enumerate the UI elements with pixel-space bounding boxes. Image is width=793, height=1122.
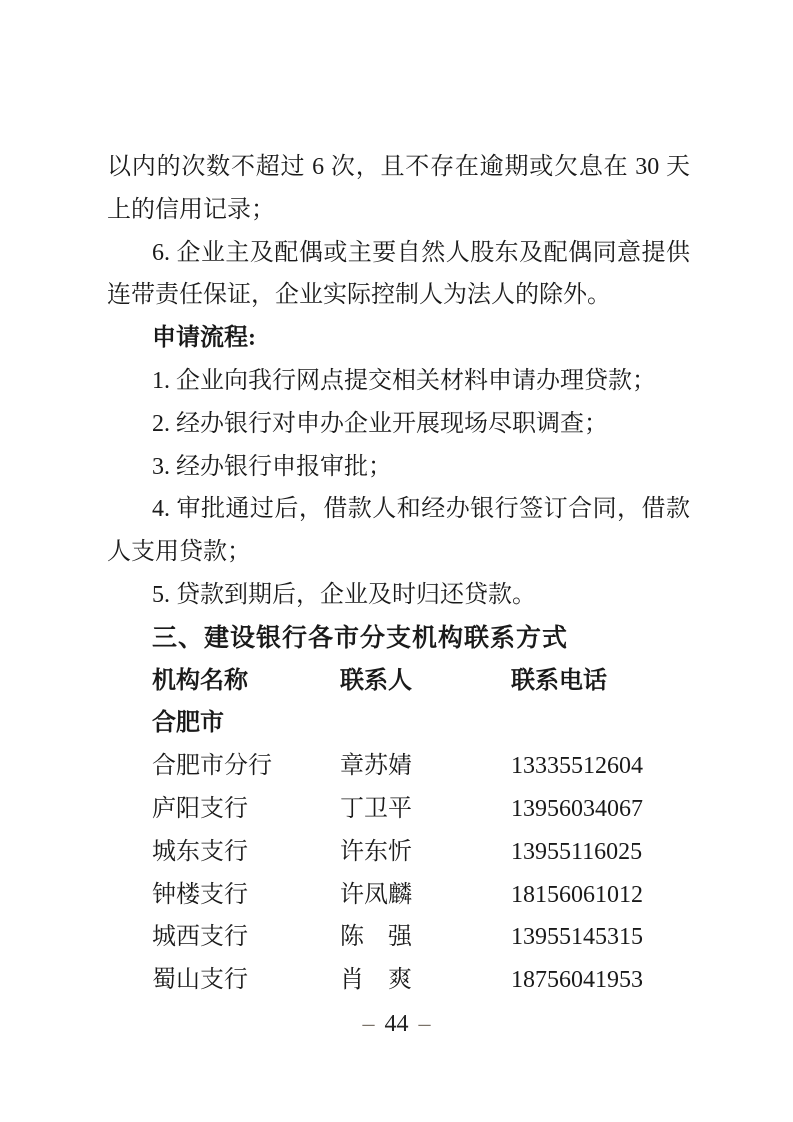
application-process-heading: 申请流程: (107, 317, 690, 360)
paragraph-credit-record-line1: 以内的次数不超过 6 次，且不存在逾期或欠息在 30 天以 (107, 146, 690, 189)
contact-table-header-row: 机构名称 联系人 联系电话 (107, 660, 690, 703)
column-header-phone: 联系电话 (511, 660, 607, 703)
table-row: 合肥市分行 章苏婧 13335512604 (107, 745, 690, 788)
org-name: 城西支行 (152, 916, 248, 959)
contact-person: 许东忻 (340, 831, 412, 874)
paragraph-item6-line2: 连带责任保证，企业实际控制人为法人的除外。 (107, 274, 690, 317)
contact-person: 章苏婧 (340, 745, 412, 788)
document-body: 以内的次数不超过 6 次，且不存在逾期或欠息在 30 天以 上的信用记录； 6.… (107, 146, 690, 1002)
contact-person: 肖 爽 (340, 959, 412, 1002)
org-name: 蜀山支行 (152, 959, 248, 1002)
column-header-org: 机构名称 (152, 660, 248, 703)
contact-person: 丁卫平 (340, 788, 412, 831)
contact-person: 陈 强 (340, 916, 412, 959)
contact-phone: 13955116025 (511, 831, 642, 874)
contact-phone: 13956034067 (511, 788, 643, 831)
document-page: 以内的次数不超过 6 次，且不存在逾期或欠息在 30 天以 上的信用记录； 6.… (0, 0, 793, 1122)
org-name: 城东支行 (152, 831, 248, 874)
contact-phone: 13955145315 (511, 916, 643, 959)
process-step-4-line1: 4. 审批通过后，借款人和经办银行签订合同，借款 (107, 488, 690, 531)
process-step-3: 3. 经办银行申报审批； (107, 446, 690, 489)
paragraph-credit-record-line2: 上的信用记录； (107, 189, 690, 232)
org-name: 庐阳支行 (152, 788, 248, 831)
contact-person: 许凤麟 (340, 874, 412, 917)
section-heading-branch-contacts: 三、建设银行各市分支机构联系方式 (107, 617, 690, 660)
org-name: 合肥市分行 (152, 745, 272, 788)
page-footer: –44– (0, 1009, 793, 1039)
contact-phone: 13335512604 (511, 745, 643, 788)
table-row: 庐阳支行 丁卫平 13956034067 (107, 788, 690, 831)
table-row: 蜀山支行 肖 爽 18756041953 (107, 959, 690, 1002)
footer-dash-right: – (409, 1011, 441, 1037)
city-group-label: 合肥市 (152, 702, 224, 745)
column-header-person: 联系人 (340, 660, 412, 703)
table-row: 钟楼支行 许凤麟 18156061012 (107, 874, 690, 917)
process-step-5: 5. 贷款到期后，企业及时归还贷款。 (107, 574, 690, 617)
table-row: 城东支行 许东忻 13955116025 (107, 831, 690, 874)
process-step-2: 2. 经办银行对申办企业开展现场尽职调查； (107, 403, 690, 446)
contact-phone: 18156061012 (511, 874, 643, 917)
process-step-1: 1. 企业向我行网点提交相关材料申请办理贷款； (107, 360, 690, 403)
table-row: 城西支行 陈 强 13955145315 (107, 916, 690, 959)
page-number: 44 (385, 1011, 409, 1037)
footer-dash-left: – (353, 1011, 385, 1037)
contact-phone: 18756041953 (511, 959, 643, 1002)
contact-table-city-group: 合肥市 (107, 702, 690, 745)
org-name: 钟楼支行 (152, 874, 248, 917)
process-step-4-line2: 人支用贷款； (107, 531, 690, 574)
paragraph-item6-line1: 6. 企业主及配偶或主要自然人股东及配偶同意提供 (107, 232, 690, 275)
